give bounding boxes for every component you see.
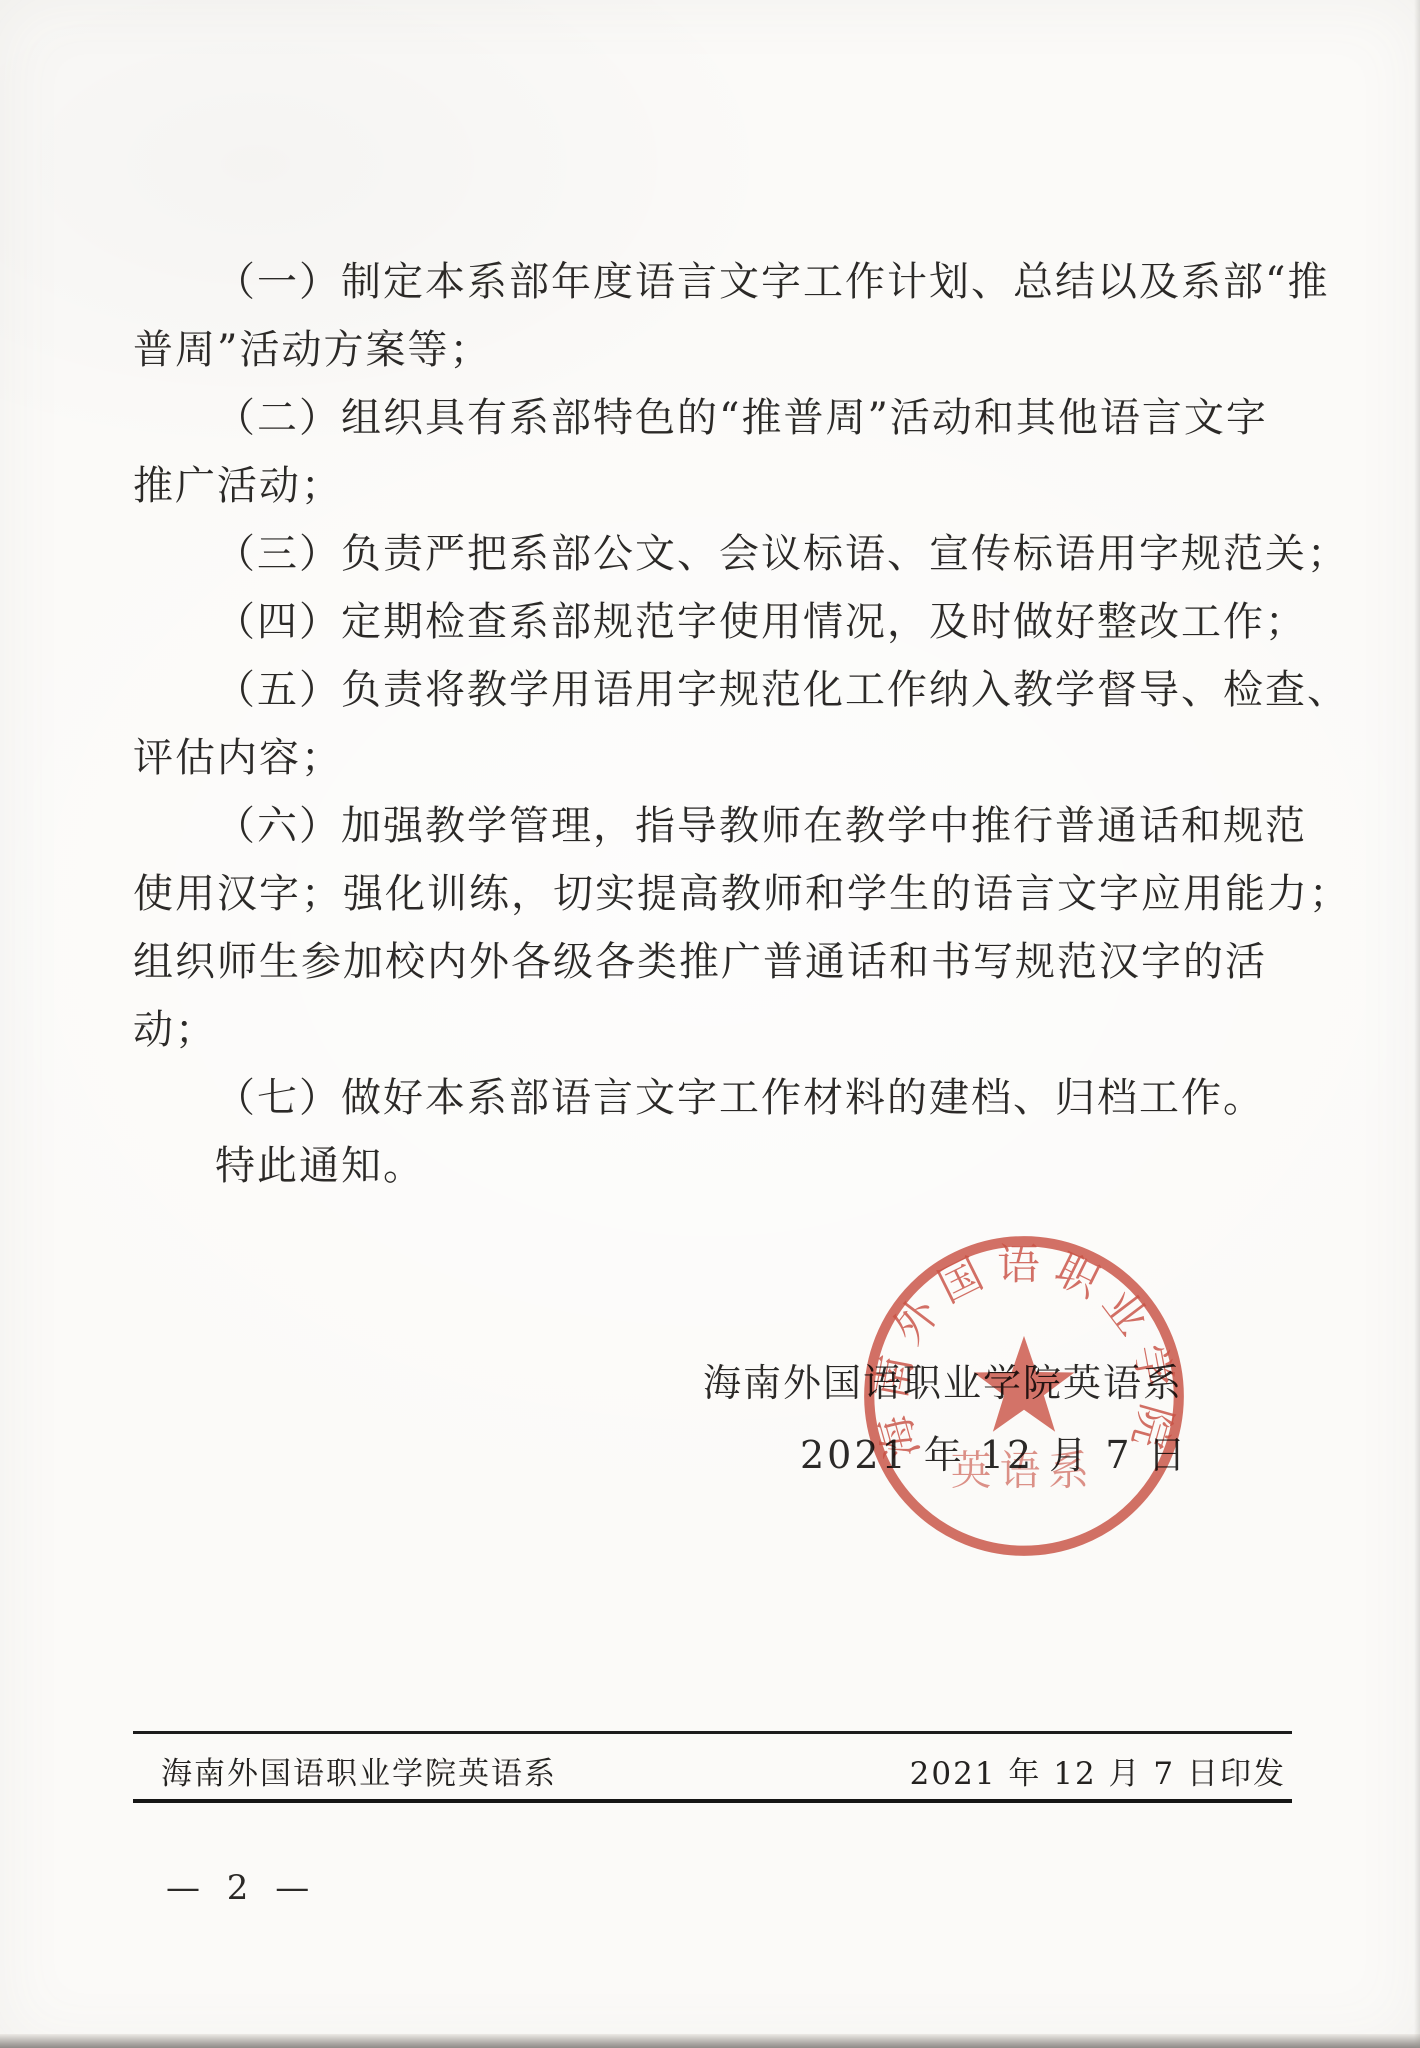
body-line: （二）组织具有系部特色的“推普周”活动和其他语言文字 xyxy=(133,384,1293,452)
body-line: 组织师生参加校内外各级各类推广普通话和书写规范汉字的活 xyxy=(133,928,1293,996)
footer-row: 海南外国语职业学院英语系 2021 年 12 月 7 日印发 xyxy=(133,1748,1292,1793)
footer-rule-bottom xyxy=(133,1799,1292,1803)
body-line: 动； xyxy=(133,996,1293,1064)
scanned-document-page: （一）制定本系部年度语言文字工作计划、总结以及系部“推 普周”活动方案等； （二… xyxy=(0,0,1420,2048)
official-seal: 海南外国语职业学院 英语系 xyxy=(856,1228,1192,1564)
footer-issuer: 海南外国语职业学院英语系 xyxy=(133,1748,557,1793)
body-line: （一）制定本系部年度语言文字工作计划、总结以及系部“推 xyxy=(133,248,1293,316)
body-line: 评估内容； xyxy=(133,724,1293,792)
footer-print-date: 2021 年 12 月 7 日印发 xyxy=(910,1748,1292,1793)
body-line: 推广活动； xyxy=(133,452,1293,520)
seal-department-text: 英语系 xyxy=(951,1447,1098,1495)
body-line: （三）负责严把系部公文、会议标语、宣传标语用字规范关； xyxy=(133,520,1293,588)
footer-rule-top xyxy=(133,1731,1292,1734)
body-line: 普周”活动方案等； xyxy=(133,316,1293,384)
body-line: （五）负责将教学用语用字规范化工作纳入教学督导、检查、 xyxy=(133,656,1293,724)
scan-edge-bottom xyxy=(0,2034,1420,2048)
body-line: 特此通知。 xyxy=(133,1132,1293,1200)
seal-star-icon xyxy=(974,1336,1075,1432)
body-line: （六）加强教学管理，指导教师在教学中推行普通话和规范 xyxy=(133,792,1293,860)
body-line: （七）做好本系部语言文字工作材料的建档、归档工作。 xyxy=(133,1064,1293,1132)
scan-edge-right xyxy=(1414,0,1420,2048)
body-line: （四）定期检查系部规范字使用情况，及时做好整改工作； xyxy=(133,588,1293,656)
body-line: 使用汉字；强化训练，切实提高教师和学生的语言文字应用能力； xyxy=(133,860,1293,928)
page-number: — 2 — xyxy=(166,1868,317,1908)
document-body: （一）制定本系部年度语言文字工作计划、总结以及系部“推 普周”活动方案等； （二… xyxy=(133,248,1293,1200)
